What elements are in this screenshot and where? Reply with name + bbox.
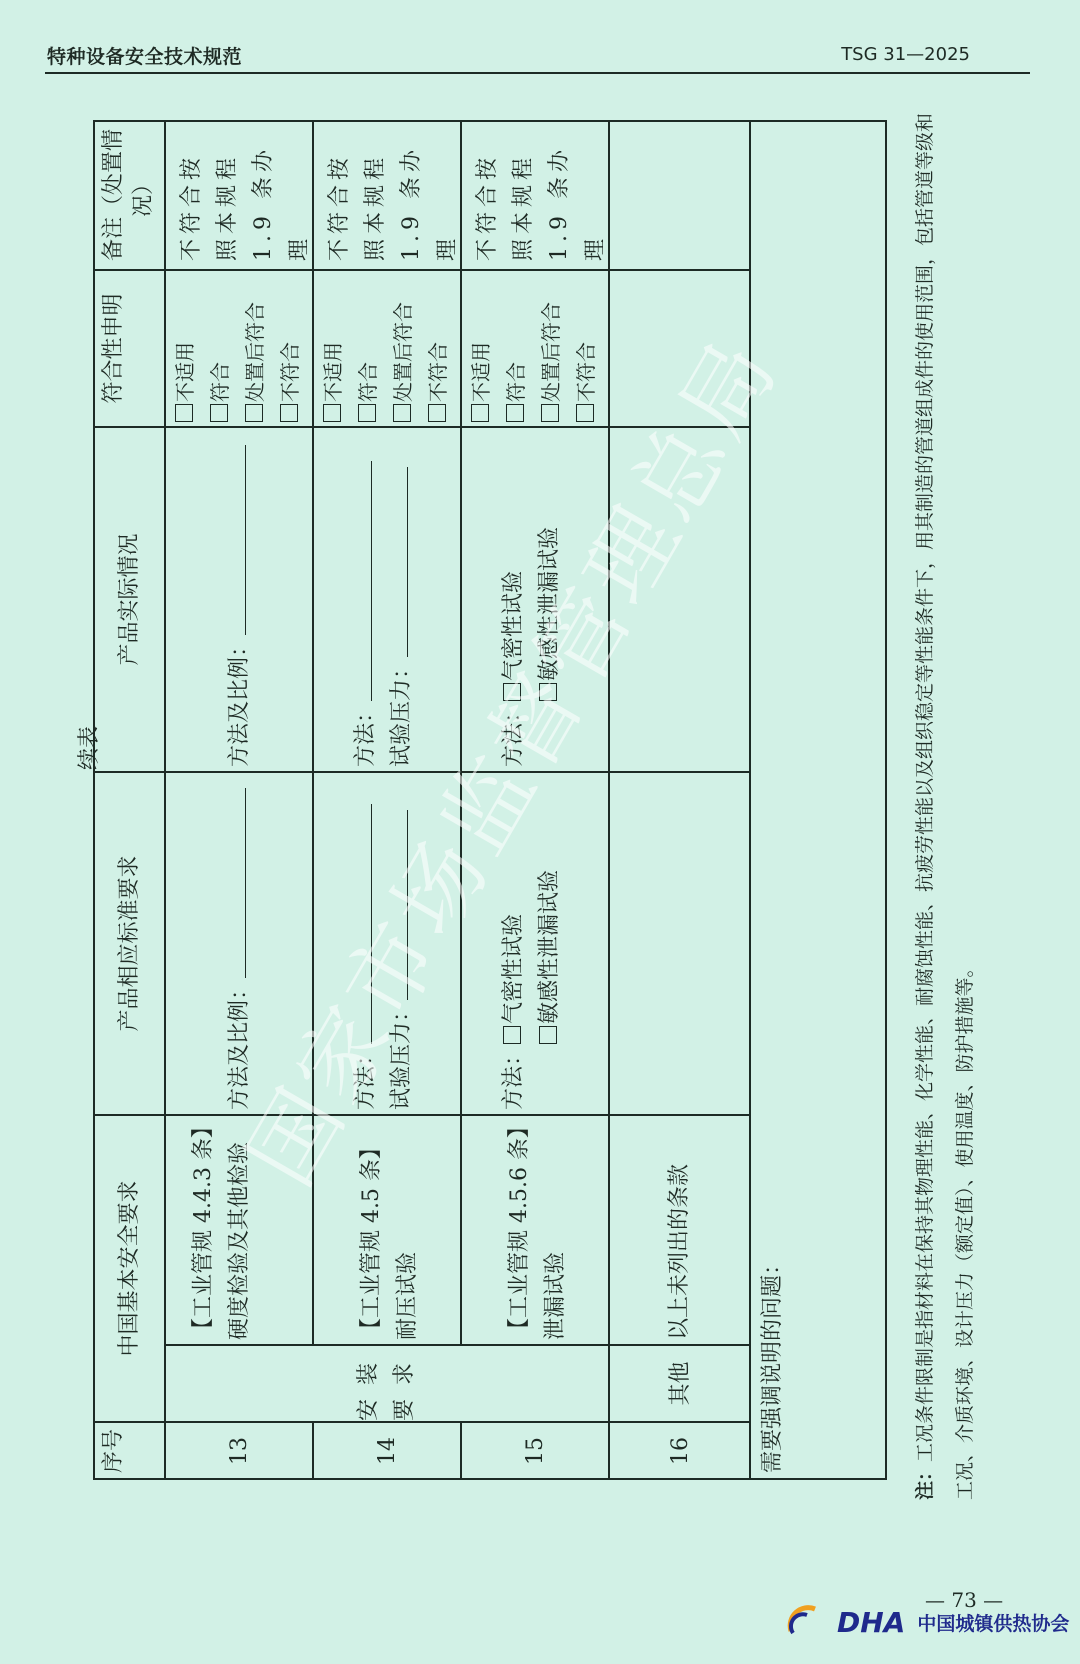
checkbox[interactable] xyxy=(393,404,411,422)
row-15-no: 15 xyxy=(461,1422,609,1480)
row-14-remark: 不符合按照本规程 1.9 条办理 xyxy=(313,120,461,270)
fill-blank[interactable] xyxy=(385,467,408,657)
option[interactable]: 处置后符合 xyxy=(534,275,569,422)
checkbox[interactable] xyxy=(471,404,489,422)
footnote-label: 注： xyxy=(914,1462,936,1500)
row-14-conform: 不适用 符合 处置后符合 不符合 xyxy=(313,270,461,427)
footer-remarks[interactable]: 需要强调说明的问题： xyxy=(750,120,887,1480)
logo-org: 中国城镇供热协会 xyxy=(917,1609,1069,1636)
req-text: 耐压试验 xyxy=(390,1120,426,1340)
actual-label: 方法及比例： xyxy=(227,635,252,767)
row-16-remark[interactable] xyxy=(609,120,750,270)
actual-label: 方法： xyxy=(353,701,378,767)
group-install-label: 安装要求 xyxy=(351,1346,423,1421)
checkbox[interactable] xyxy=(210,404,228,422)
option[interactable]: 符合 xyxy=(203,275,238,422)
option[interactable]: 符合 xyxy=(499,275,534,422)
footnote-text: 工况条件限制是指材料在保持其物理性能、化学性能、耐腐蚀性能、抗疲劳性能以及组织稳… xyxy=(914,113,976,1500)
checkbox[interactable] xyxy=(358,404,376,422)
option[interactable]: 气密性试验 xyxy=(496,870,532,1044)
row-16-no: 16 xyxy=(609,1422,750,1480)
option[interactable]: 符合 xyxy=(351,275,386,422)
req-ref: 【工业管规 4.4.3 条】 xyxy=(186,1120,222,1340)
footnote: 注：工况条件限制是指材料在保持其物理性能、化学性能、耐腐蚀性能、抗疲劳性能以及组… xyxy=(905,100,985,1500)
checkbox[interactable] xyxy=(506,404,524,422)
row-15-remark: 不符合按照本规程 1.9 条办理 xyxy=(461,120,609,270)
checkbox[interactable] xyxy=(539,1026,557,1044)
row-13-actual: 方法及比例： xyxy=(165,427,313,772)
dha-emblem-icon xyxy=(785,1605,825,1639)
req-text: 泄漏试验 xyxy=(538,1120,574,1340)
checkbox[interactable] xyxy=(428,404,446,422)
option[interactable]: 敏感性泄漏试验 xyxy=(532,870,568,1044)
std-label: 方法： xyxy=(496,1044,574,1110)
header-remark: 备注（处置情况） xyxy=(93,120,165,270)
fill-blank[interactable] xyxy=(223,445,246,635)
req-ref: 【工业管规 4.5 条】 xyxy=(354,1120,390,1340)
row-16-std[interactable] xyxy=(609,772,750,1115)
option[interactable]: 不适用 xyxy=(316,275,351,422)
option[interactable]: 不符合 xyxy=(273,275,308,422)
option[interactable]: 不符合 xyxy=(569,275,604,422)
option[interactable]: 处置后符合 xyxy=(238,275,273,422)
checkbox[interactable] xyxy=(541,404,559,422)
checkbox[interactable] xyxy=(280,404,298,422)
checkbox[interactable] xyxy=(503,1026,521,1044)
checkbox[interactable] xyxy=(576,404,594,422)
row-14-actual: 方法： 试验压力： xyxy=(313,427,461,772)
option[interactable]: 不符合 xyxy=(421,275,456,422)
header-actual: 产品实际情况 xyxy=(93,427,165,772)
row-13-no: 13 xyxy=(165,1422,313,1480)
row-15-req: 【工业管规 4.5.6 条】 泄漏试验 xyxy=(461,1115,609,1345)
checkbox[interactable] xyxy=(245,404,263,422)
header-req: 中国基本安全要求 xyxy=(93,1115,165,1422)
row-16-req: 以上未列出的条款 xyxy=(609,1115,750,1345)
group-install: 安装要求 xyxy=(165,1345,609,1422)
row-14-no: 14 xyxy=(313,1422,461,1480)
option[interactable]: 不适用 xyxy=(464,275,499,422)
header-conform: 符合性申明 xyxy=(93,270,165,427)
row-16-group: 其他 xyxy=(609,1345,750,1422)
fill-blank[interactable] xyxy=(349,461,372,701)
doc-code: TSG 31—2025 xyxy=(841,44,970,65)
row-13-conform: 不适用 符合 处置后符合 不符合 xyxy=(165,270,313,427)
header-rule xyxy=(45,72,1030,74)
doc-series-title: 特种设备安全技术规范 xyxy=(47,42,242,69)
dha-logo: DHA 中国城镇供热协会 xyxy=(785,1605,1069,1639)
actual-label: 试验压力： xyxy=(389,657,414,767)
req-ref: 【工业管规 4.5.6 条】 xyxy=(502,1120,538,1340)
checkbox[interactable] xyxy=(175,404,193,422)
header-no: 序号 xyxy=(93,1422,165,1480)
option[interactable]: 不适用 xyxy=(168,275,203,422)
row-15-conform: 不适用 符合 处置后符合 不符合 xyxy=(461,270,609,427)
header-std: 产品相应标准要求 xyxy=(93,772,165,1115)
fill-blank[interactable] xyxy=(223,788,246,978)
row-13-remark: 不符合按照本规程 1.9 条办理 xyxy=(165,120,313,270)
option[interactable]: 处置后符合 xyxy=(386,275,421,422)
logo-mark: DHA xyxy=(837,1606,905,1639)
checkbox[interactable] xyxy=(323,404,341,422)
